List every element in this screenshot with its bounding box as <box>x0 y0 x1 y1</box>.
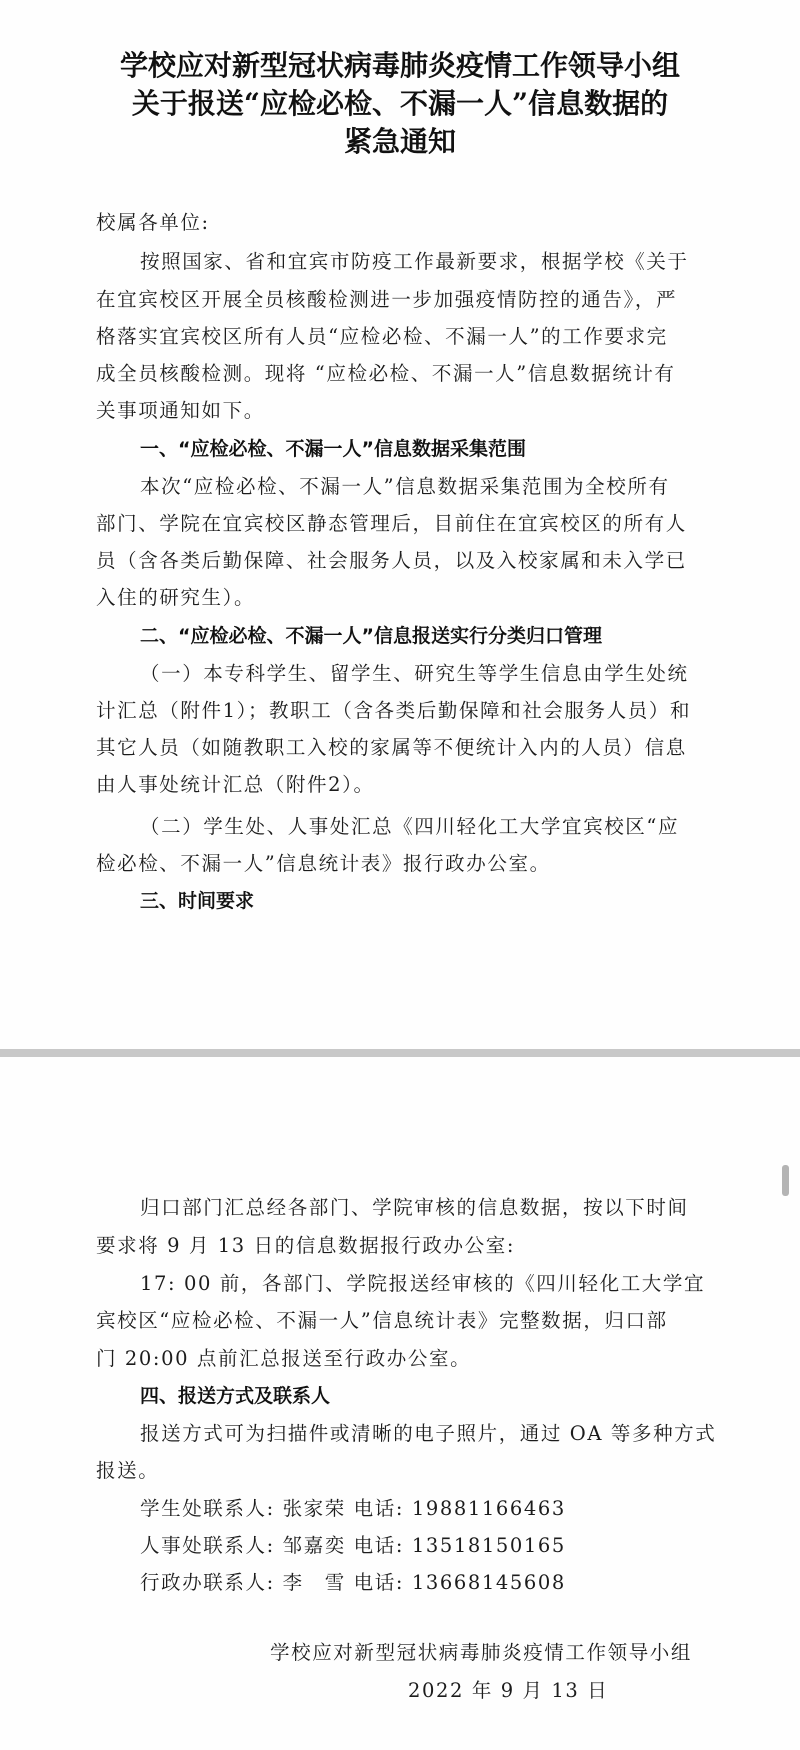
scrollbar-thumb[interactable] <box>782 1165 789 1196</box>
section-3-line: 归口部门汇总经各部门、学院审核的信息数据，按以下时间 <box>140 1195 689 1221</box>
section-3-line: 17: 00 前，各部门、学院报送经审核的《四川轻化工大学宜 <box>140 1271 705 1297</box>
signature-issuer: 学校应对新型冠状病毒肺炎疫情工作领导小组 <box>270 1640 692 1666</box>
section-2-item-2-line: （二）学生处、人事处汇总《四川轻化工大学宜宾校区“应 <box>140 814 679 840</box>
contact-admin-office: 行政办联系人: 李 雪 电话: 13668145608 <box>140 1570 566 1596</box>
signature-date: 2022 年 9 月 13 日 <box>408 1678 608 1704</box>
section-2-item-1-line: 其它人员（如随教职工入校的家属等不便统计入内的人员）信息 <box>96 735 687 761</box>
notice-title-line-1: 学校应对新型冠状病毒肺炎疫情工作领导小组 <box>60 48 740 84</box>
document-page-2: 归口部门汇总经各部门、学院审核的信息数据，按以下时间 要求将 9 月 13 日的… <box>0 1057 800 1750</box>
notice-title-line-2: 关于报送“应检必检、不漏一人”信息数据的 <box>60 86 740 122</box>
document-page-1: 学校应对新型冠状病毒肺炎疫情工作领导小组 关于报送“应检必检、不漏一人”信息数据… <box>0 0 800 1049</box>
contact-student-affairs: 学生处联系人: 张家荣 电话: 19881166463 <box>140 1496 566 1522</box>
section-3-line: 要求将 9 月 13 日的信息数据报行政办公室: <box>96 1233 515 1259</box>
section-4-line: 报送方式可为扫描件或清晰的电子照片，通过 OA 等多种方式 <box>140 1421 716 1447</box>
section-2-heading: 二、“应检必检、不漏一人”信息报送实行分类归口管理 <box>140 623 602 649</box>
salutation: 校属各单位: <box>96 210 210 236</box>
section-1-heading: 一、“应检必检、不漏一人”信息数据采集范围 <box>140 436 526 462</box>
section-1-line: 本次“应检必检、不漏一人”信息数据采集范围为全校所有 <box>140 474 670 500</box>
section-2-item-2-line: 检必检、不漏一人”信息统计表》报行政办公室。 <box>96 851 551 877</box>
intro-line: 在宜宾校区开展全员核酸检测进一步加强疫情防控的通告》，严 <box>96 287 677 313</box>
section-3-heading: 三、时间要求 <box>140 888 254 914</box>
intro-line: 格落实宜宾校区所有人员“应检必检、不漏一人”的工作要求完 <box>96 324 668 350</box>
section-4-line: 报送。 <box>96 1458 159 1484</box>
intro-line: 成全员核酸检测。现将 “应检必检、不漏一人”信息数据统计有 <box>96 361 676 387</box>
section-2-item-1-line: 计汇总（附件1）；教职工（含各类后勤保障和社会服务人员）和 <box>96 698 691 724</box>
intro-line: 按照国家、省和宜宾市防疫工作最新要求，根据学校《关于 <box>140 249 689 275</box>
notice-title-line-3: 紧急通知 <box>60 124 740 160</box>
section-4-heading: 四、报送方式及联系人 <box>140 1383 330 1409</box>
section-1-line: 入住的研究生）。 <box>96 585 255 611</box>
section-3-line: 门 20:00 点前汇总报送至行政办公室。 <box>96 1346 471 1372</box>
section-2-item-1-line: 由人事处统计汇总（附件2）。 <box>96 772 375 798</box>
section-1-line: 员（含各类后勤保障、社会服务人员，以及入校家属和未入学已 <box>96 548 687 574</box>
section-1-line: 部门、学院在宜宾校区静态管理后，目前住在宜宾校区的所有人 <box>96 511 687 537</box>
section-2-item-1-line: （一）本专科学生、留学生、研究生等学生信息由学生处统 <box>140 661 689 687</box>
section-3-line: 宾校区“应检必检、不漏一人”信息统计表》完整数据，归口部 <box>96 1308 668 1334</box>
intro-line: 关事项通知如下。 <box>96 398 265 424</box>
contact-personnel: 人事处联系人: 邹嘉奕 电话: 13518150165 <box>140 1533 566 1559</box>
